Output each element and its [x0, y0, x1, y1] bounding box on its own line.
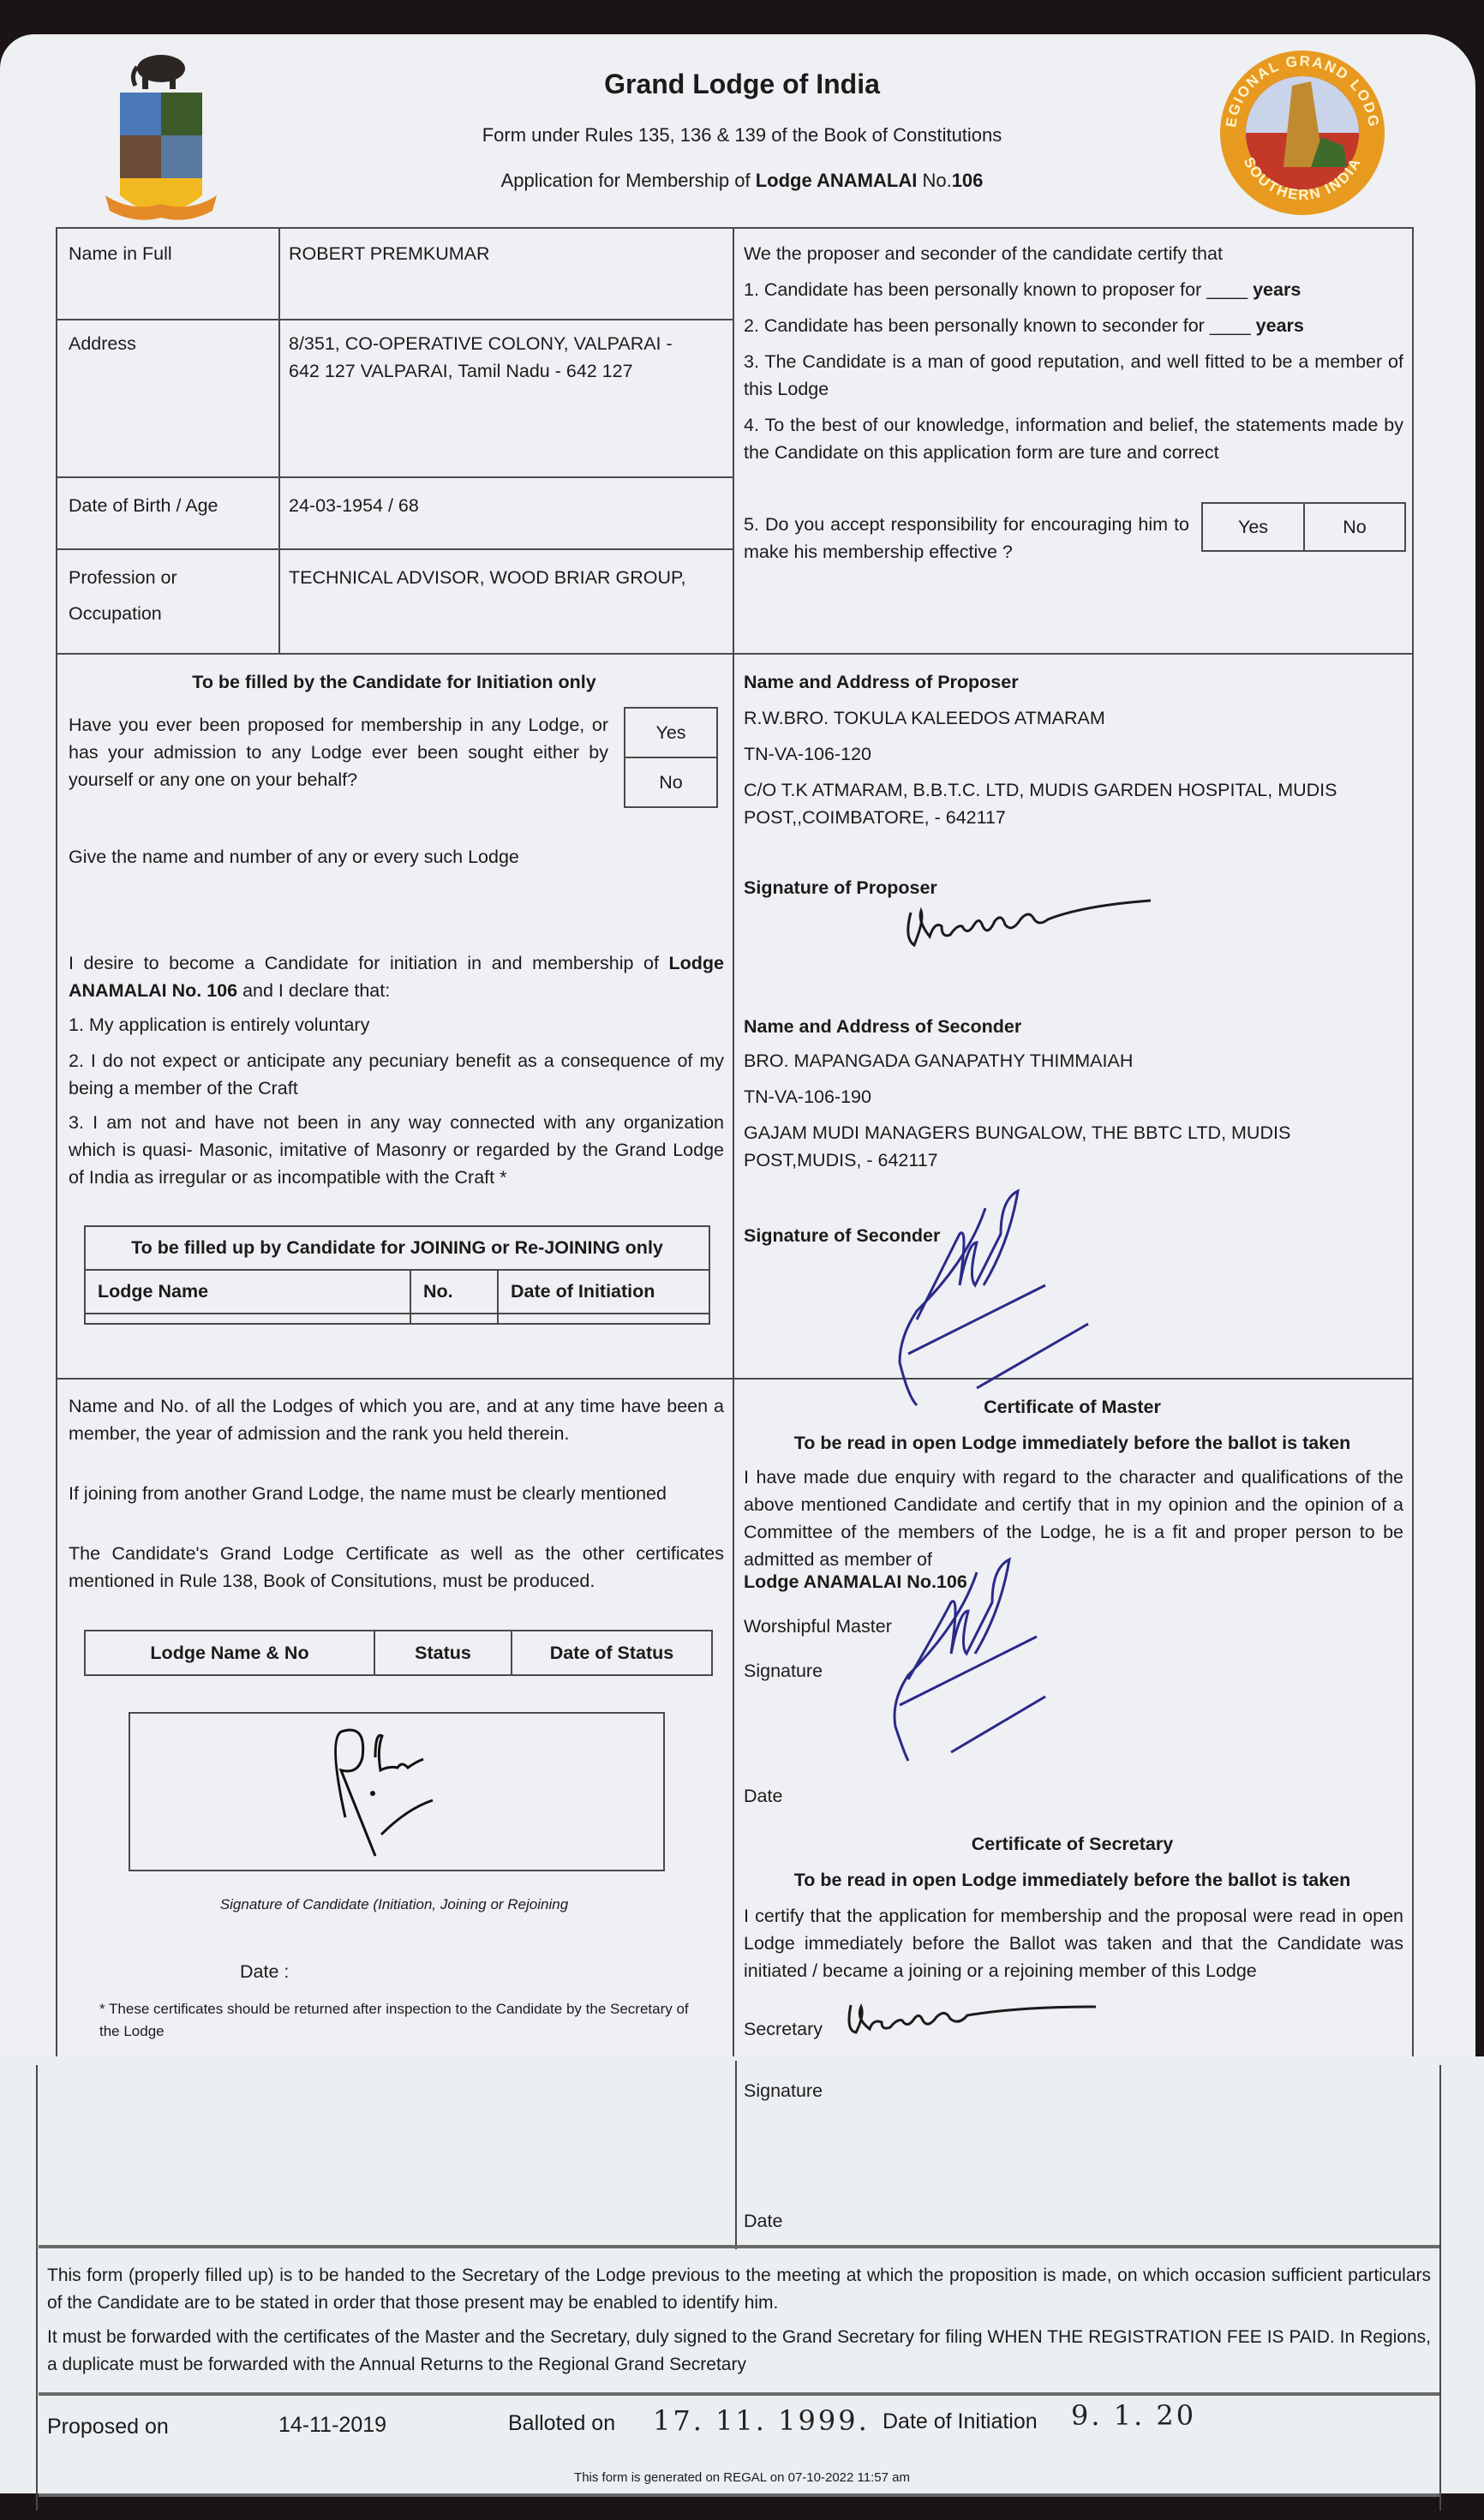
- name-value: ROBERT PREMKUMAR: [289, 240, 490, 267]
- proposed-before-yes-checkbox[interactable]: Yes: [624, 707, 718, 758]
- joining-col-no: No.: [410, 1269, 499, 1314]
- declaration-3: 3. I am not and have not been in any way…: [69, 1109, 724, 1191]
- master-signature: [883, 1568, 1165, 1765]
- history-text-3: The Candidate's Grand Lodge Certificate …: [69, 1540, 724, 1595]
- generated-note: This form is generated on REGAL on 07-10…: [0, 2464, 1484, 2492]
- proposed-before-no-checkbox[interactable]: No: [624, 757, 718, 808]
- proposer-name: R.W.BRO. TOKULA KALEEDOS ATMARAM: [744, 704, 1105, 732]
- frame-bottom: [39, 2493, 1439, 2497]
- frame-left: [56, 227, 57, 2056]
- lower-frame-left: [36, 2065, 38, 2511]
- seconder-signature: [883, 1191, 1165, 1405]
- joining-col-date: Date of Initiation: [497, 1269, 710, 1314]
- joining-row-empty[interactable]: [497, 1313, 710, 1325]
- joining-row-empty[interactable]: [410, 1313, 499, 1325]
- desire-statement: I desire to become a Candidate for initi…: [69, 949, 724, 1004]
- joining-row-empty[interactable]: [84, 1313, 411, 1325]
- initiation-date-label: Date of Initiation: [883, 2408, 1038, 2435]
- history-text-2: If joining from another Grand Lodge, the…: [69, 1480, 724, 1507]
- candidate-signature-caption: Signature of Candidate (Initiation, Join…: [56, 1894, 733, 1916]
- dates-divider: [39, 2392, 1439, 2396]
- certificates-footnote: * These certificates should be returned …: [99, 1998, 699, 2043]
- name-label: Name in Full: [69, 240, 172, 267]
- balloted-on-label: Balloted on: [508, 2409, 615, 2437]
- responsibility-yes-checkbox[interactable]: Yes: [1201, 502, 1305, 552]
- master-cert-body: I have made due enquiry with regard to t…: [744, 1464, 1403, 1573]
- notes-para-2: It must be forwarded with the certificat…: [47, 2324, 1431, 2379]
- initiation-date-value: 9. 1. 20: [1071, 2399, 1196, 2432]
- secretary-cert-heading: Certificate of Secretary: [733, 1830, 1412, 1858]
- row-divider-2: [56, 1378, 1414, 1380]
- column-divider: [733, 227, 734, 2056]
- secretary-label: Secretary: [744, 2015, 823, 2043]
- master-signature-label: Signature: [744, 1657, 823, 1685]
- declaration-2: 2. I do not expect or anticipate any pec…: [69, 1047, 724, 1102]
- proposer-address: C/O T.K ATMARAM, B.B.T.C. LTD, MUDIS GAR…: [744, 776, 1403, 831]
- info-row-line: [56, 548, 733, 550]
- info-row-line: [56, 319, 733, 320]
- notes-divider: [39, 2245, 1439, 2248]
- master-date-label: Date: [744, 1782, 782, 1810]
- notes-para-1: This form (properly filled up) is to be …: [47, 2262, 1431, 2317]
- worshipful-master-label: Worshipful Master: [744, 1613, 892, 1640]
- secretary-cert-body: I certify that the application for membe…: [744, 1902, 1403, 1984]
- cert-item-5: 5. Do you accept responsibility for enco…: [744, 511, 1189, 566]
- cert-item-3: 3. The Candidate is a man of good reputa…: [744, 348, 1403, 403]
- lower-frame-right: [1439, 2065, 1441, 2511]
- candidate-date-label: Date :: [240, 1958, 289, 1985]
- history-text-1: Name and No. of all the Lodges of which …: [69, 1392, 724, 1447]
- dob-label: Date of Birth / Age: [69, 492, 218, 519]
- proposed-on-value: 14-11-2019: [278, 2411, 386, 2439]
- joining-col-lodge-name: Lodge Name: [84, 1269, 411, 1314]
- history-col-lodge: Lodge Name & No: [84, 1630, 375, 1676]
- secretary-cert-subheading: To be read in open Lodge immediately bef…: [733, 1866, 1412, 1894]
- history-col-date: Date of Status: [511, 1630, 713, 1676]
- info-row-line: [56, 476, 733, 478]
- regional-grand-lodge-seal-logo: REGIONAL GRAND LODGE SOUTHERN INDIA: [1217, 47, 1388, 218]
- proposer-id: TN-VA-106-120: [744, 740, 871, 768]
- secretary-signature: [844, 1992, 1187, 2044]
- balloted-on-value: 17. 11. 1999.: [653, 2404, 870, 2437]
- address-label: Address: [69, 330, 136, 357]
- address-value-line1: 8/351, CO-OPERATIVE COLONY, VALPARAI -: [289, 330, 673, 357]
- cert-intro: We the proposer and seconder of the cand…: [744, 240, 1223, 267]
- info-col-divider: [278, 227, 280, 653]
- row-divider-1: [56, 653, 1414, 655]
- profession-label-2: Occupation: [69, 600, 162, 627]
- proposed-on-label: Proposed on: [47, 2413, 169, 2440]
- initiation-question: Have you ever been proposed for membersh…: [69, 711, 608, 793]
- proposer-heading: Name and Address of Proposer: [744, 668, 1019, 696]
- history-col-status: Status: [374, 1630, 512, 1676]
- candidate-signature-box[interactable]: [129, 1712, 665, 1871]
- initiation-heading: To be filled by the Candidate for Initia…: [56, 668, 733, 696]
- cert-item-4: 4. To the best of our knowledge, informa…: [744, 411, 1403, 466]
- profession-label-1: Profession or: [69, 564, 177, 591]
- responsibility-no-checkbox[interactable]: No: [1303, 502, 1406, 552]
- proposer-signature: [904, 895, 1230, 955]
- candidate-signature: [311, 1723, 482, 1860]
- seconder-heading: Name and Address of Seconder: [744, 1013, 1021, 1040]
- cert-item-1: 1. Candidate has been personally known t…: [744, 276, 1301, 303]
- declaration-1: 1. My application is entirely voluntary: [69, 1011, 369, 1039]
- secretary-date-label: Date: [744, 2207, 782, 2235]
- master-cert-subheading: To be read in open Lodge immediately bef…: [733, 1429, 1412, 1457]
- master-cert-heading: Certificate of Master: [733, 1393, 1412, 1421]
- address-value-line2: 642 127 VALPARAI, Tamil Nadu - 642 127: [289, 357, 633, 385]
- seconder-address: GAJAM MUDI MANAGERS BUNGALOW, THE BBTC L…: [744, 1119, 1403, 1174]
- joining-table-title: To be filled up by Candidate for JOINING…: [84, 1225, 710, 1271]
- cert-item-2: 2. Candidate has been personally known t…: [744, 312, 1304, 339]
- profession-value: TECHNICAL ADVISOR, WOOD BRIAR GROUP,: [289, 564, 686, 591]
- frame-right: [1412, 227, 1414, 2056]
- dob-value: 24-03-1954 / 68: [289, 492, 419, 519]
- frame-top: [56, 227, 1414, 229]
- give-lodge-name-prompt: Give the name and number of any or every…: [69, 843, 519, 871]
- secretary-signature-label: Signature: [744, 2077, 823, 2104]
- seconder-id: TN-VA-106-190: [744, 1083, 871, 1110]
- seconder-name: BRO. MAPANGADA GANAPATHY THIMMAIAH: [744, 1047, 1133, 1074]
- lower-column-divider: [735, 2061, 737, 2249]
